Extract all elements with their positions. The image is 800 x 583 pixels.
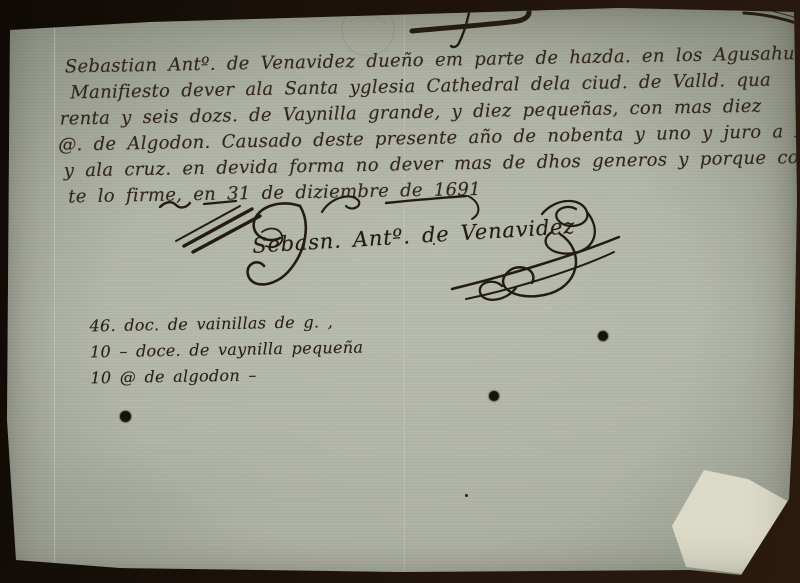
worm-hole-dot (489, 391, 499, 401)
manuscript-photo: Sebastian Antº. de Venavidez dueño em pa… (0, 0, 800, 583)
manuscript-paper: Sebastian Antº. de Venavidez dueño em pa… (0, 0, 800, 583)
worm-hole-dot (598, 331, 608, 341)
ink-speck (465, 494, 468, 497)
declaration-paragraph: Sebastian Antº. de Venavidez dueño em pa… (57, 41, 782, 210)
inventory-note-line: 10 @ de algodon – (90, 361, 364, 392)
inventory-notes: 46. doc. de vainillas de g. , 10 – doce.… (89, 309, 364, 392)
worm-hole-dot (120, 411, 131, 422)
inventory-note-line: 10 – doce. de vaynilla pequeña (90, 335, 364, 366)
